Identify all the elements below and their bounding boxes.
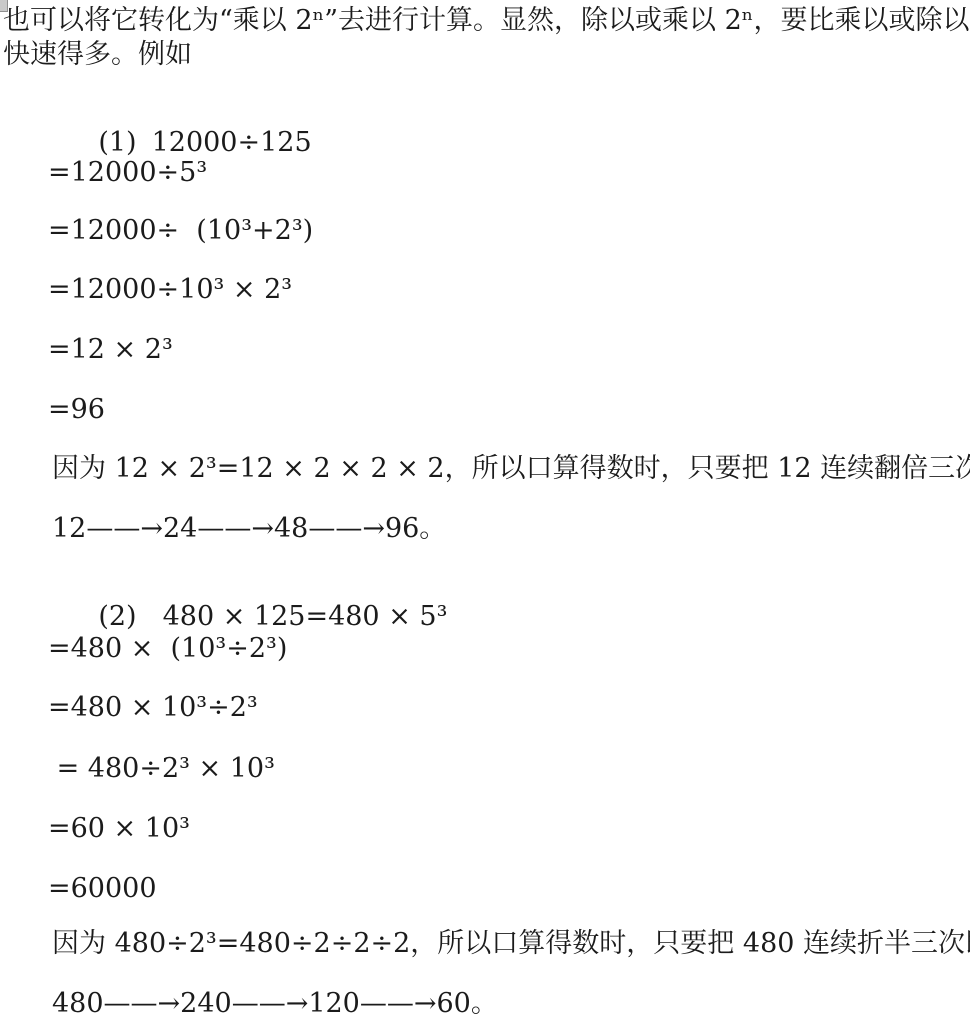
- example1-problem: 12000÷125: [152, 127, 312, 158]
- example1-explanation: 因为 12 × 2³=12 × 2 × 2 × 2，所以口算得数时，只要把 12…: [52, 455, 970, 483]
- example1-step-1: =12000÷5³: [48, 159, 207, 187]
- example2-explanation: 因为 480÷2³=480÷2÷2÷2，所以口算得数时，只要把 480 连续折半…: [52, 930, 970, 958]
- example1-step-5: =96: [48, 396, 105, 424]
- example2-label: (2): [98, 601, 136, 632]
- example1-label: (1): [98, 127, 136, 158]
- example1-step-3: =12000÷10³ × 2³: [48, 276, 292, 304]
- example2-halving-sequence: 480——→240——→120——→60。: [52, 990, 498, 1018]
- example1-step-4: =12 × 2³: [48, 336, 173, 364]
- example2-step-3: = 480÷2³ × 10³: [48, 755, 275, 783]
- example1-doubling-sequence: 12——→24——→48——→96。: [52, 515, 446, 543]
- example2-problem: 480 × 125=480 × 5³: [163, 601, 448, 632]
- example2-step-1: =480 × (10³÷2³): [48, 635, 287, 663]
- document-page: 也可以将它转化为“乘以 2ⁿ”去进行计算。显然，除以或乘以 2ⁿ，要比乘以或除以…: [0, 0, 970, 1024]
- intro-line-1: 也可以将它转化为“乘以 2ⁿ”去进行计算。显然，除以或乘以 2ⁿ，要比乘以或除以…: [3, 7, 970, 35]
- intro-line-2: 快速得多。例如: [3, 41, 192, 69]
- example2-step-4: =60 × 10³: [48, 815, 190, 843]
- example2-step-5: =60000: [48, 875, 157, 903]
- example2-step-2: =480 × 10³÷2³: [48, 694, 258, 722]
- example1-step-2: =12000÷ (10³+2³): [48, 217, 313, 245]
